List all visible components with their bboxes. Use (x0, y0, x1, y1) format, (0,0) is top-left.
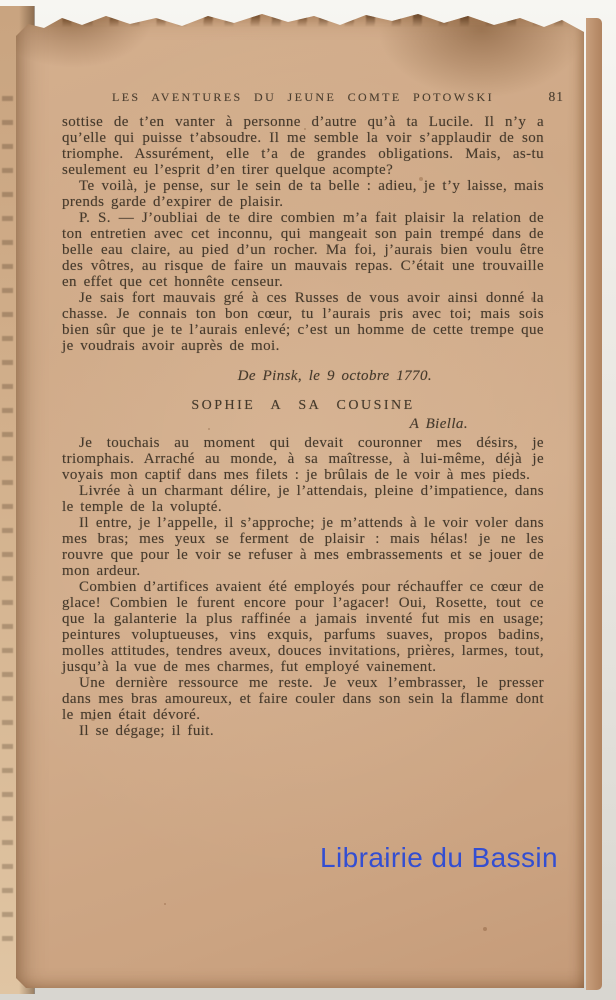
address-line: A Biella. (62, 416, 544, 432)
deckle-torn-edge (16, 10, 584, 28)
paragraph: Il se dégage; il fuit. (62, 723, 544, 739)
running-title: LES AVENTURES DU JEUNE COMTE POTOWSKI (112, 90, 494, 104)
paragraph: Combien d’artifices avaient été employés… (62, 579, 544, 675)
book-page: LES AVENTURES DU JEUNE COMTE POTOWSKI 81… (16, 10, 584, 988)
under-pages-edge (586, 18, 602, 990)
paragraph: Te voilà, je pense, sur le sein de ta be… (62, 178, 544, 210)
section-heading: SOPHIE A SA COUSINE (62, 398, 544, 414)
page-number: 81 (549, 89, 565, 105)
paragraph: Je sais fort mauvais gré à ces Russes de… (62, 290, 544, 354)
bookseller-watermark: Librairie du Bassin (320, 842, 558, 874)
text-block: sottise de t’en vanter à personne d’autr… (62, 114, 544, 739)
paragraph: P. S. — J’oubliai de te dire combien m’a… (62, 210, 544, 290)
paragraph: Il entre, je l’appelle, il s’approche; j… (62, 515, 544, 579)
dateline: De Pinsk, le 9 octobre 1770. (62, 368, 544, 384)
book-photo: LES AVENTURES DU JEUNE COMTE POTOWSKI 81… (0, 0, 616, 1000)
paragraph: Je touchais au moment qui devait couronn… (62, 435, 544, 483)
paragraph: Livrée à un charmant délire, je l’attend… (62, 483, 544, 515)
paragraph: Une dernière ressource me reste. Je veux… (62, 675, 544, 723)
page-header: LES AVENTURES DU JEUNE COMTE POTOWSKI 81 (62, 90, 544, 105)
paragraph: sottise de t’en vanter à personne d’autr… (62, 114, 544, 178)
